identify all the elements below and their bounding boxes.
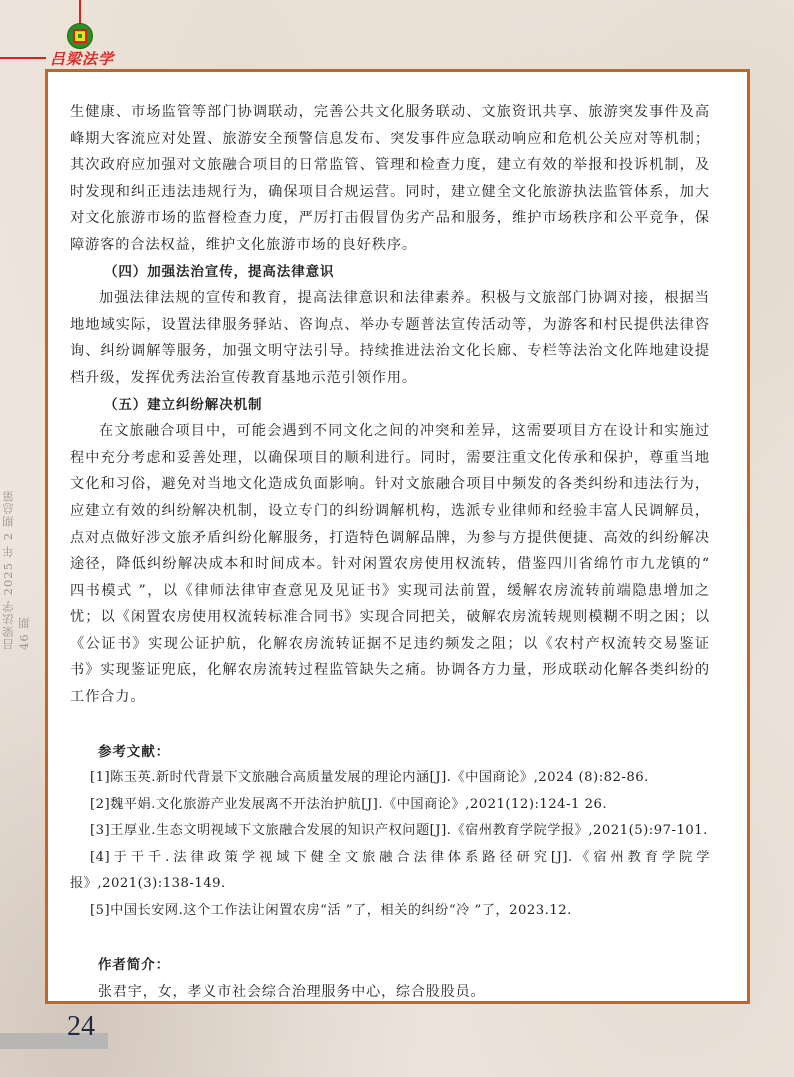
paragraph: 生健康、市场监管等部门协调联动，完善公共文化服务联动、文旅资讯共享、旅游突发事件…: [70, 99, 710, 259]
header-decor-horizontal-line: [0, 57, 46, 59]
reference-item: [5]中国长安网.这个工作法让闲置农房“活 ”了，相关的纠纷“冷 ”了，2023…: [70, 898, 710, 925]
section-heading-5: （五）建立纠纷解决机制: [70, 392, 710, 419]
reference-item: [1]陈玉英.新时代背景下文旅融合高质量发展的理论内涵[J].《中国商论》,20…: [70, 765, 710, 792]
page-number: 24: [67, 1011, 95, 1043]
author-title: 作者简介：: [70, 952, 710, 979]
paragraph: 在文旅融合项目中，可能会遇到不同文化之间的冲突和差异，这需要项目方在设计和实施过…: [70, 418, 710, 711]
article-body: 生健康、市场监管等部门协调联动，完善公共文化服务联动、文旅资讯共享、旅游突发事件…: [70, 99, 710, 1005]
paragraph: 加强法律法规的宣传和教育，提高法律意识和法律素养。积极与文旅部门协调对接，根据当…: [70, 285, 710, 391]
reference-item: [3]王厚业.生态文明视域下文旅融合发展的知识产权问题[J].《宿州教育学院学报…: [70, 818, 710, 845]
journal-emblem-icon: [67, 23, 93, 49]
reference-item: [4]于干千.法律政策学视域下健全文旅融合法律体系路径研究[J].《宿州教育学院…: [70, 845, 710, 898]
references-title: 参考文献：: [70, 739, 710, 766]
journal-brand: 吕梁法学: [50, 48, 114, 69]
author-bio: 张君宇，女，孝义市社会综合治理服务中心，综合股股员。: [70, 979, 710, 1006]
side-issue-label: 吕梁法学 2025 年 2 期总第 46 期: [4, 470, 28, 650]
reference-item: [2]魏平娟.文化旅游产业发展离不开法治护航[J].《中国商论》,2021(12…: [70, 792, 710, 819]
section-heading-4: （四）加强法治宣传，提高法律意识: [70, 259, 710, 286]
header-decor-vertical-line: [79, 0, 81, 25]
